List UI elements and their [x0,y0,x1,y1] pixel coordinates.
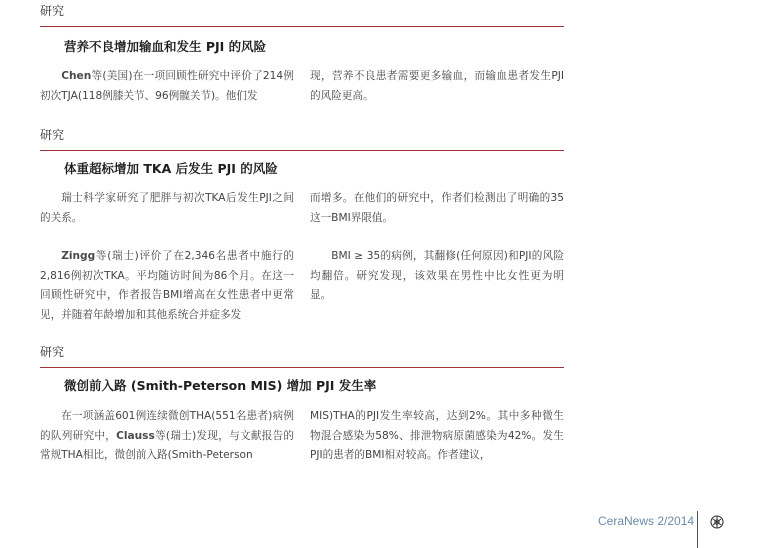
paragraph: BMI ≥ 35的病例，其翻修(任何原因)和PJI的风险均翻倍。研究发现，该效果… [310,247,564,306]
author-name: Zingg [61,250,95,262]
left-column: 瑞士科学家研究了肥胖与初次TKA后发生PJI之间的关系。 Zingg等(瑞士)评… [40,189,294,325]
section-mis-approach: 研究 微创前入路 (Smith-Peterson MIS) 增加 PJI 发生率… [40,345,564,475]
footer-divider [697,511,698,548]
section-title: 微创前入路 (Smith-Peterson MIS) 增加 PJI 发生率 [64,376,376,394]
left-column: Chen等(美国)在一项回顾性研究中评价了214例初次TJA(118例膝关节、9… [40,67,294,106]
author-name: Clauss [116,430,155,442]
section-label: 研究 [40,345,564,361]
right-column: 现，营养不良患者需要更多输血，而输血患者发生PJI的风险更高。 [310,67,564,106]
two-column-body: 在一项涵盖601例连续微创THA(551名患者)病例的队列研究中，Clauss等… [40,407,564,466]
paragraph: 而增多。在他们的研究中，作者们检测出了明确的35这一BMI界限值。 [310,189,564,228]
section-label: 研究 [40,4,564,20]
section-title: 营养不良增加输血和发生 PJI 的风险 [64,37,266,55]
paragraph: 现，营养不良患者需要更多输血，而输血患者发生PJI的风险更高。 [310,67,564,106]
section-overweight-tka: 研究 体重超标增加 TKA 后发生 PJI 的风险 瑞士科学家研究了肥胖与初次T… [40,128,564,328]
publication-footer: CeraNews 2/2014 [598,514,694,528]
right-column: 而增多。在他们的研究中，作者们检测出了明确的35这一BMI界限值。 BMI ≥ … [310,189,564,325]
paragraph: 瑞士科学家研究了肥胖与初次TKA后发生PJI之间的关系。 [40,189,294,228]
section-title: 体重超标增加 TKA 后发生 PJI 的风险 [64,159,278,177]
two-column-body: Chen等(美国)在一项回顾性研究中评价了214例初次TJA(118例膝关节、9… [40,67,564,106]
paragraph: Zingg等(瑞士)评价了在2,346名患者中施行的2,816例初次TKA。平均… [40,247,294,325]
paragraph: Chen等(美国)在一项回顾性研究中评价了214例初次TJA(118例膝关节、9… [40,67,294,106]
section-divider [40,367,564,368]
paragraph: MIS)THA的PJI发生率较高，达到2%。其中多种微生物混合感染为58%、排泄… [310,407,564,466]
two-column-body: 瑞士科学家研究了肥胖与初次TKA后发生PJI之间的关系。 Zingg等(瑞士)评… [40,189,564,325]
author-name: Chen [61,70,91,82]
section-malnutrition: 研究 营养不良增加输血和发生 PJI 的风险 Chen等(美国)在一项回顾性研究… [40,4,564,104]
section-divider [40,26,564,27]
ceramtec-logo-icon [710,514,724,528]
section-divider [40,150,564,151]
left-column: 在一项涵盖601例连续微创THA(551名患者)病例的队列研究中，Clauss等… [40,407,294,466]
right-column: MIS)THA的PJI发生率较高，达到2%。其中多种微生物混合感染为58%、排泄… [310,407,564,466]
paragraph: 在一项涵盖601例连续微创THA(551名患者)病例的队列研究中，Clauss等… [40,407,294,466]
section-label: 研究 [40,128,564,144]
